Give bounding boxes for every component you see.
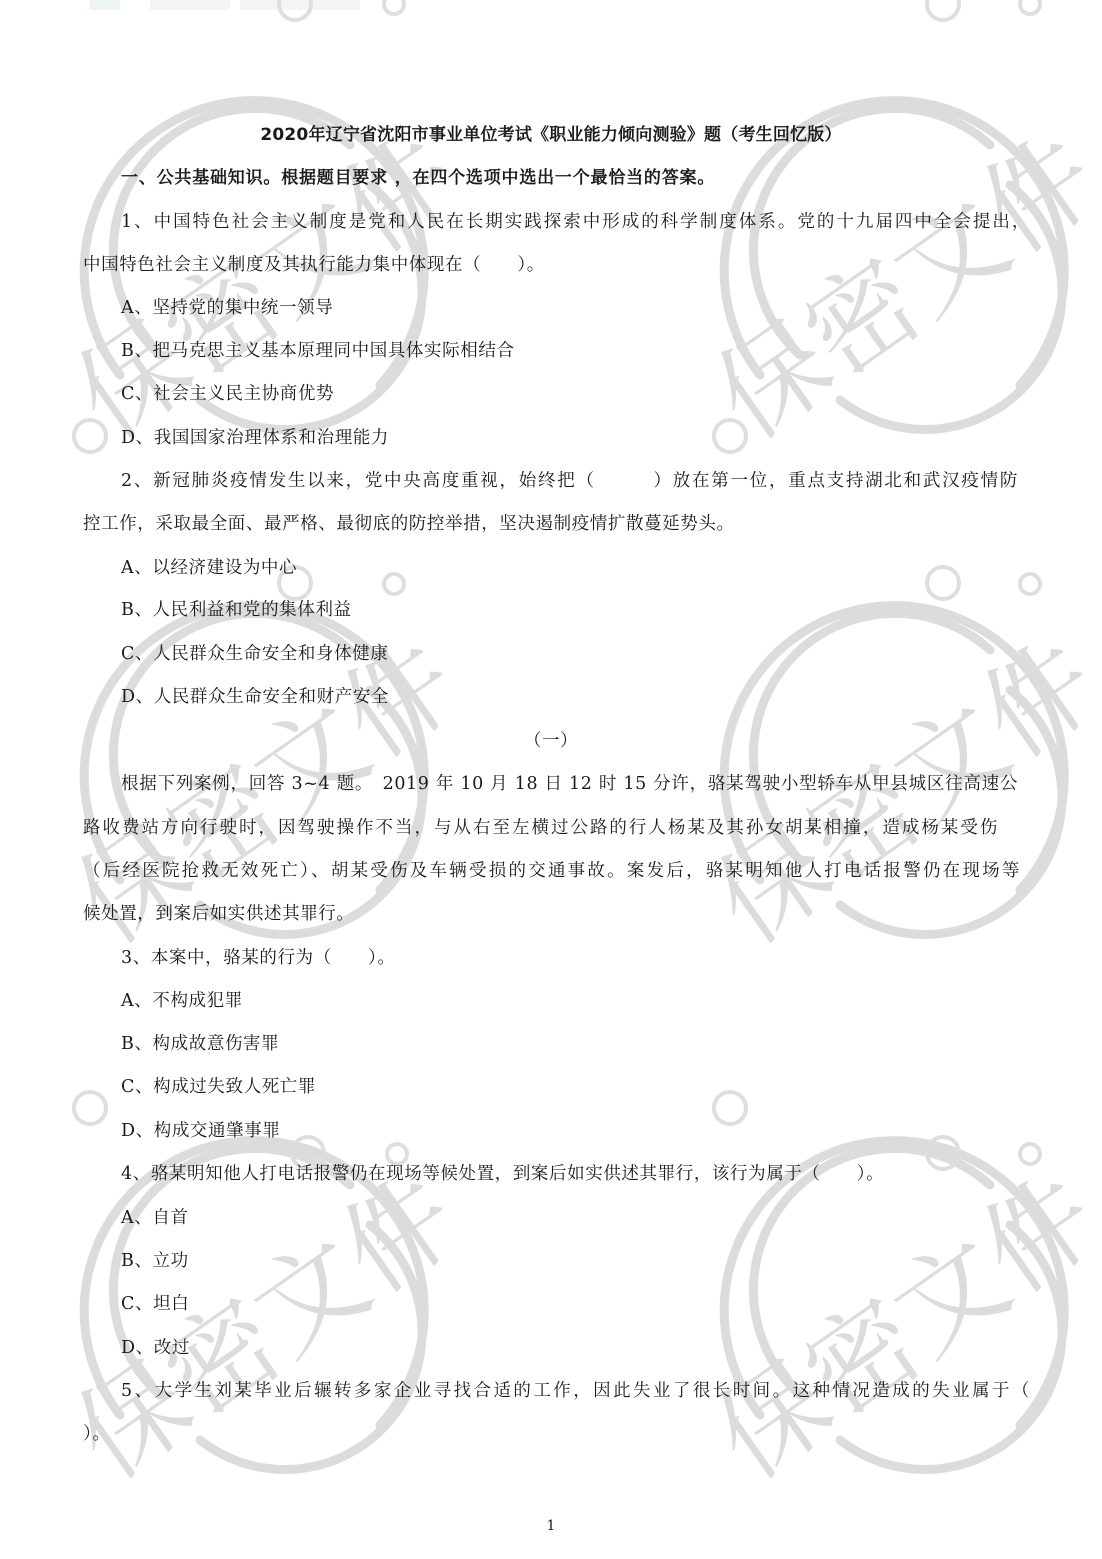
passage-line: 路收费站方向行驶时，因驾驶操作不当，与从右至左横过公路的行人杨某及其孙女胡某相撞… [83,816,998,840]
question-stem-line: 中国特色社会主义制度及其执行能力集中体现在（ ）。 [83,253,545,277]
question-stem-line: 3、本案中，骆某的行为（ ）。 [121,946,395,970]
option-c: C、人民群众生命安全和身体健康 [121,642,388,666]
passage-line: 候处置，到案后如实供述其罪行。 [83,902,355,926]
question-stem-line: 4、骆某明知他人打电话报警仍在现场等候处置，到案后如实供述其罪行，该行为属于（ … [121,1162,884,1186]
passage-line: （后经医院抢救无效死亡）、胡某受伤及车辆受损的交通事故。案发后，骆某明知他人打电… [83,859,1020,883]
question-stem-line: 5、大学生刘某毕业后辗转多家企业寻找合适的工作，因此失业了很长时间。这种情况造成… [121,1379,1030,1403]
question-stem-line: ）。 [83,1422,110,1446]
option-c: C、社会主义民主协商优势 [121,382,334,406]
document-content: 2020年辽宁省沈阳市事业单位考试《职业能力倾向测验》题（考生回忆版） 一、公共… [0,0,1102,1559]
option-c: C、构成过失致人死亡罪 [121,1075,316,1099]
option-a: A、坚持党的集中统一领导 [121,296,333,320]
option-c: C、坦白 [121,1292,189,1316]
question-stem-line: 控工作，采取最全面、最严格、最彻底的防控举措，坚决遏制疫情扩散蔓延势头。 [83,512,735,536]
option-b: B、构成故意伤害罪 [121,1032,279,1056]
option-a: A、以经济建设为中心 [121,556,297,580]
option-d: D、我国国家治理体系和治理能力 [121,426,389,450]
option-d: D、改过 [121,1336,190,1360]
option-b: B、把马克思主义基本原理同中国具体实际相结合 [121,339,515,363]
document-title: 2020年辽宁省沈阳市事业单位考试《职业能力倾向测验》题（考生回忆版） [0,120,1102,145]
passage-line: 根据下列案例，回答 3~4 题。 2019 年 10 月 18 日 12 时 1… [121,772,1018,796]
case-group-label: （一） [0,729,1102,753]
option-d: D、构成交通肇事罪 [121,1119,280,1143]
document-page: 保密文件 保密文件 保密文件 [0,0,1102,1559]
option-a: A、自首 [121,1206,189,1230]
question-stem-line: 2、新冠肺炎疫情发生以来，党中央高度重视，始终把（ ）放在第一位，重点支持湖北和… [121,469,1018,493]
option-b: B、立功 [121,1249,189,1273]
section-heading: 一、公共基础知识。根据题目要求 ，在四个选项中选出一个最恰当的答案。 [121,166,715,190]
option-a: A、不构成犯罪 [121,989,243,1013]
option-b: B、人民利益和党的集体利益 [121,598,352,622]
page-number: 1 [0,1518,1102,1534]
question-stem-line: 1、中国特色社会主义制度是党和人民在长期实践探索中形成的科学制度体系。党的十九届… [121,210,1030,234]
option-d: D、人民群众生命安全和财产安全 [121,685,389,709]
